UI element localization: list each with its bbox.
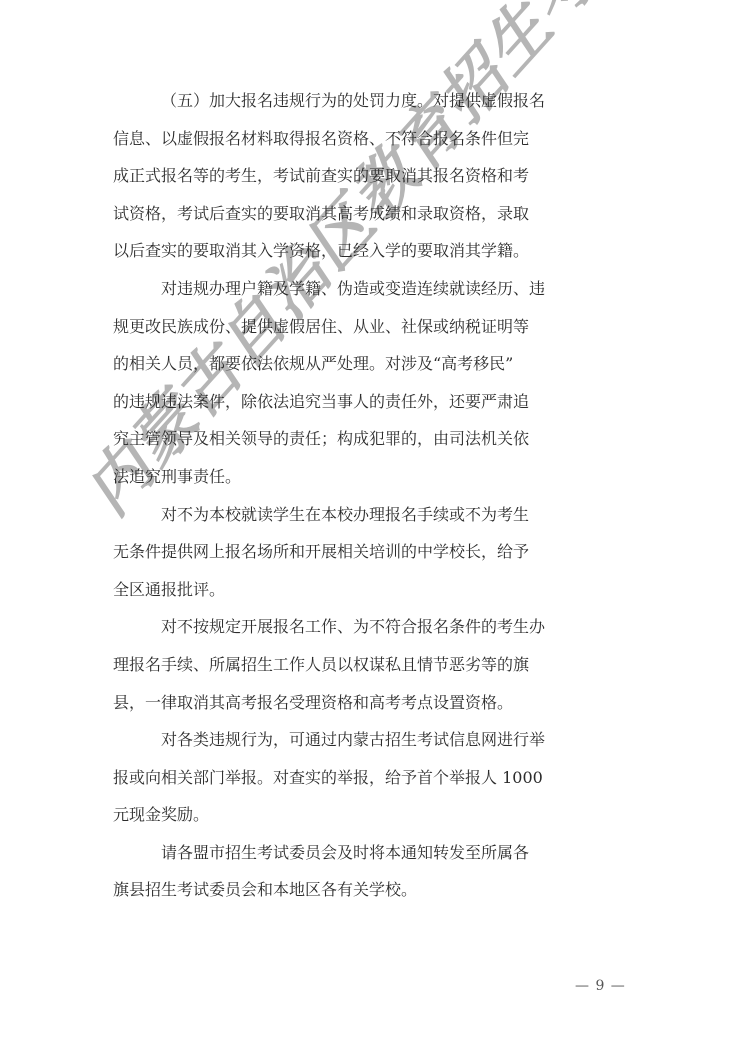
- text-line: 报或向相关部门举报。对查实的举报，给予首个举报人 1000: [113, 765, 633, 803]
- document-page: 内蒙古自治区教育招生考试中心 （五）加大报名违规行为的处罚力度。对提供虚假报名 …: [0, 0, 744, 1053]
- text-line: 以后查实的要取消其入学资格，已经入学的要取消其学籍。: [113, 238, 633, 276]
- text-line: 元现金奖励。: [113, 802, 633, 840]
- text-line: 对不为本校就读学生在本校办理报名手续或不为考生: [113, 502, 633, 540]
- paragraph-forwarding-notice: 请各盟市招生考试委员会及时将本通知转发至所属各 旗县招生考试委员会和本地区各有关…: [113, 840, 633, 915]
- text-line: 理报名手续、所属招生工作人员以权谋私且情节恶劣等的旗: [113, 652, 633, 690]
- text-line: 对不按规定开展报名工作、为不符合报名条件的考生办: [113, 614, 633, 652]
- document-body: （五）加大报名违规行为的处罚力度。对提供虚假报名 信息、以虚假报名材料取得报名资…: [113, 88, 633, 915]
- paragraph-penalty-measures: （五）加大报名违规行为的处罚力度。对提供虚假报名 信息、以虚假报名材料取得报名资…: [113, 88, 633, 276]
- text-line: 规更改民族成份、提供虚假居住、从业、社保或纳税证明等: [113, 314, 633, 352]
- text-line: 法追究刑事责任。: [113, 464, 633, 502]
- paragraph-household-registration: 对违规办理户籍及学籍、伪造或变造连续就读经历、违 规更改民族成份、提供虚假居住、…: [113, 276, 633, 502]
- text-line: 的违规违法案件，除依法追究当事人的责任外，还要严肃追: [113, 389, 633, 427]
- page-number: — 9 —: [575, 978, 626, 994]
- text-line: 对各类违规行为，可通过内蒙古招生考试信息网进行举: [113, 727, 633, 765]
- text-line: 对违规办理户籍及学籍、伪造或变造连续就读经历、违: [113, 276, 633, 314]
- text-line: 无条件提供网上报名场所和开展相关培训的中学校长，给予: [113, 539, 633, 577]
- text-line: 试资格，考试后查实的要取消其高考成绩和录取资格，录取: [113, 201, 633, 239]
- text-line: 旗县招生考试委员会和本地区各有关学校。: [113, 877, 633, 915]
- text-line: 究主管领导及相关领导的责任；构成犯罪的，由司法机关依: [113, 426, 633, 464]
- text-line: 的相关人员，都要依法依规从严处理。对涉及“高考移民”: [113, 351, 633, 389]
- paragraph-county-qualification: 对不按规定开展报名工作、为不符合报名条件的考生办 理报名手续、所属招生工作人员以…: [113, 614, 633, 727]
- text-line: 县，一律取消其高考报名受理资格和高考考点设置资格。: [113, 690, 633, 728]
- text-line: 请各盟市招生考试委员会及时将本通知转发至所属各: [113, 840, 633, 878]
- paragraph-reporting-reward: 对各类违规行为，可通过内蒙古招生考试信息网进行举 报或向相关部门举报。对查实的举…: [113, 727, 633, 840]
- text-line: 信息、以虚假报名材料取得报名资格、不符合报名条件但完: [113, 126, 633, 164]
- text-line: 全区通报批评。: [113, 577, 633, 615]
- text-line: （五）加大报名违规行为的处罚力度。对提供虚假报名: [113, 88, 633, 126]
- paragraph-school-principal: 对不为本校就读学生在本校办理报名手续或不为考生 无条件提供网上报名场所和开展相关…: [113, 502, 633, 615]
- text-line: 成正式报名等的考生，考试前查实的要取消其报名资格和考: [113, 163, 633, 201]
